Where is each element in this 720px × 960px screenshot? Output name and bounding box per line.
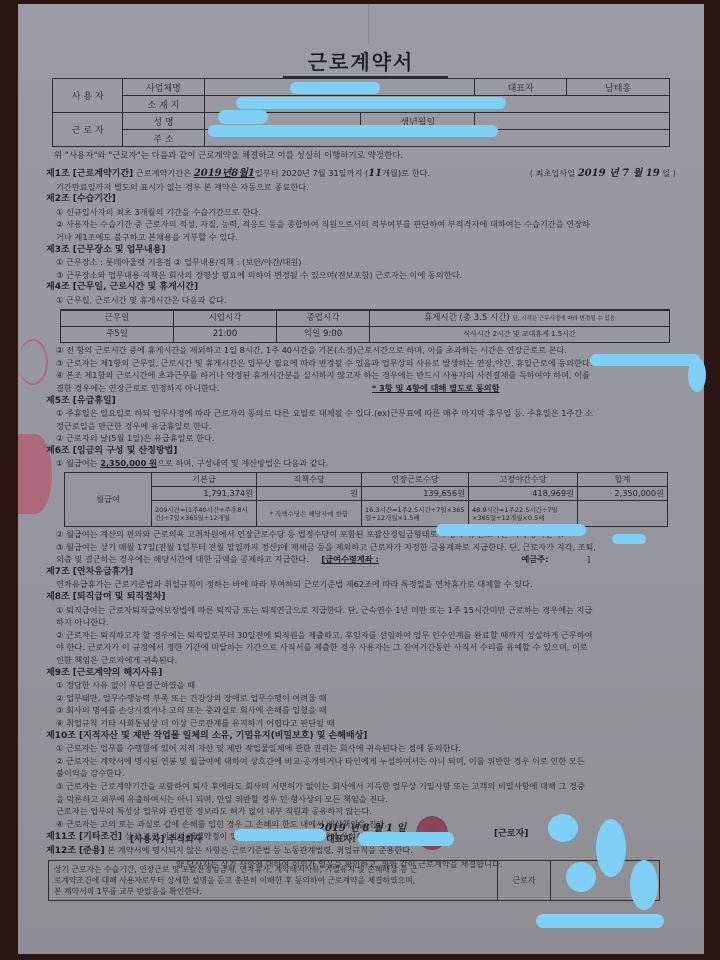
redaction-mark [596, 819, 626, 877]
article-4-title: 제4조 [근무일, 근로시간 및 휴게시간] [46, 281, 676, 294]
redaction-mark [566, 862, 596, 892]
article-2-title: 제2조 [수습기간] [46, 193, 676, 206]
contract-paper: 근로계약서 사 용 자 사업체명 대표자 남태흥 소 재 지 근 로 자 성 명… [18, 4, 704, 954]
representative-value: 남태흥 [567, 79, 670, 96]
redaction-mark [436, 524, 586, 536]
pay-table: 월급여 기본급 직책수당 연장근로수당 고정야간수당 합계 1,791,374원… [64, 472, 668, 527]
separate-consent-note: * 3항 및 4항에 대해 별도로 동의함 [372, 383, 500, 393]
business-name-label: 사업체명 [123, 79, 204, 96]
intro-text: 위 "사용자"와 "근로자"는 다음과 같이 근로계약을 체결하고 이를 성실히… [54, 149, 403, 161]
redaction-mark [536, 914, 664, 928]
employee-signature-label: [근로자] [494, 826, 528, 839]
employer-signature-label: [사용자] 주식회사 [130, 832, 202, 845]
account-label: [급여수령계좌 : [321, 554, 378, 564]
article-11-title: 제11조 [기타조건] [46, 832, 122, 842]
article-6-title: 제6조 [임금의 구성 및 산정방법] [46, 445, 676, 458]
redaction-mark [234, 829, 326, 841]
handwritten-start-date: 2019년8월1 [194, 168, 255, 179]
monthly-salary-total: 2,350,000 원 [100, 458, 157, 468]
handwritten-first-hire-date: 2019 년 7 월 19 [578, 168, 660, 179]
confirmation-employee-label: 근로자 [498, 861, 551, 901]
redaction-mark [688, 358, 706, 392]
redaction-mark [218, 110, 268, 124]
redaction-mark [290, 82, 380, 94]
redaction-mark [548, 814, 578, 842]
article-7-title: 제7조 [연차유급휴가] [46, 566, 676, 579]
work-hours-table: 근무일 시업시각 종업시각 휴게시간 (총 3.5 시간) 단, 시작은 근무사… [60, 309, 670, 344]
redaction-mark [612, 534, 646, 544]
stamp-mark [18, 339, 48, 385]
pay-row-label: 월급여 [65, 473, 152, 527]
article-1: 제1조 [근로계약기간] 근로계약기간은 2019년8월1일부터 2020년 7… [46, 167, 676, 181]
employer-label: 사 용 자 [53, 79, 123, 113]
employee-label: 근 로 자 [53, 113, 123, 147]
paper-fold [368, 4, 369, 44]
redaction-mark [630, 860, 658, 910]
depositor-label: 예금주: [521, 554, 548, 564]
representative-signature-label: 대표자: [326, 832, 356, 845]
redaction-mark [236, 97, 506, 109]
article-5-title: 제5조 [유급휴일] [46, 395, 676, 408]
redaction-mark [590, 354, 700, 366]
article-8-title: 제8조 [퇴직급여 및 퇴직절차] [46, 591, 676, 604]
article-12-title: 제12조 [준용] [46, 846, 105, 856]
location-label: 소 재 지 [123, 96, 204, 113]
article-3-title: 제3조 [근무장소 및 업무내용] [46, 244, 676, 257]
representative-label: 대표자 [475, 79, 567, 96]
address-label: 주 소 [123, 130, 204, 147]
article-1-title: 제1조 [근로계약기간] [46, 169, 133, 179]
redaction-mark [208, 125, 498, 137]
redaction-mark [358, 832, 454, 846]
contract-body: 제1조 [근로계약기간] 근로계약기간은 2019년8월1일부터 2020년 7… [46, 167, 676, 870]
name-label: 성 명 [123, 113, 204, 130]
document-title: 근로계약서 [18, 46, 704, 75]
article-9-title: 제9조 [근로계약의 해지사유] [46, 667, 676, 680]
handwritten-months: 11 [368, 168, 382, 179]
birthdate-value [475, 113, 670, 130]
article-10-title: 제10조 [지적자산 및 제반 작업물 일체의 소유, 기밀유지(비밀보호) 및… [46, 730, 676, 743]
